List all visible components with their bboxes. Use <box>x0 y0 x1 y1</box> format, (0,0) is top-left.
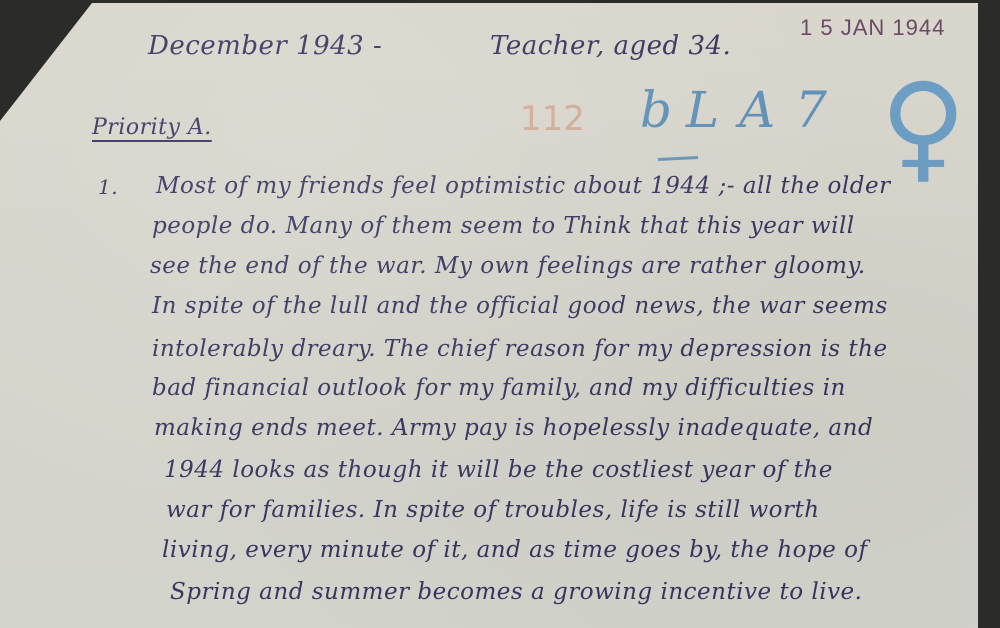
text-line: see the end of the war. My own feelings … <box>150 253 866 279</box>
scanned-document: December 1943 - Teacher, aged 34. 1 5 JA… <box>0 0 1000 628</box>
text-line: Spring and summer becomes a growing ince… <box>170 579 862 605</box>
text-line: Most of my friends feel optimistic about… <box>156 173 891 199</box>
scan-background-edge <box>978 0 1000 628</box>
text-line: people do. Many of them seem to Think th… <box>152 213 855 239</box>
header-date: December 1943 - <box>148 31 382 61</box>
received-date-stamp: 1 5 JAN 1944 <box>800 15 945 41</box>
section-heading: Priority A. <box>92 115 212 140</box>
blue-crayon-underline <box>658 156 698 161</box>
text-line: In spite of the lull and the official go… <box>152 293 888 319</box>
blue-crayon-code: b L A 7 <box>640 81 829 139</box>
text-line: intolerably dreary. The chief reason for… <box>152 336 888 362</box>
text-line: bad financial outlook for my family, and… <box>152 375 846 401</box>
text-line: living, every minute of it, and as time … <box>162 537 868 563</box>
text-line: making ends meet. Army pay is hopelessly… <box>154 415 873 441</box>
text-line: war for families. In spite of troubles, … <box>166 497 820 523</box>
female-symbol-icon: ♀ <box>880 67 966 185</box>
item-number: 1. <box>98 175 118 199</box>
header-occupation: Teacher, aged 34. <box>490 31 731 61</box>
paper-sheet: December 1943 - Teacher, aged 34. 1 5 JA… <box>0 3 978 628</box>
pencil-annotation-number: 112 <box>520 99 585 139</box>
text-line: 1944 looks as though it will be the cost… <box>164 457 833 483</box>
